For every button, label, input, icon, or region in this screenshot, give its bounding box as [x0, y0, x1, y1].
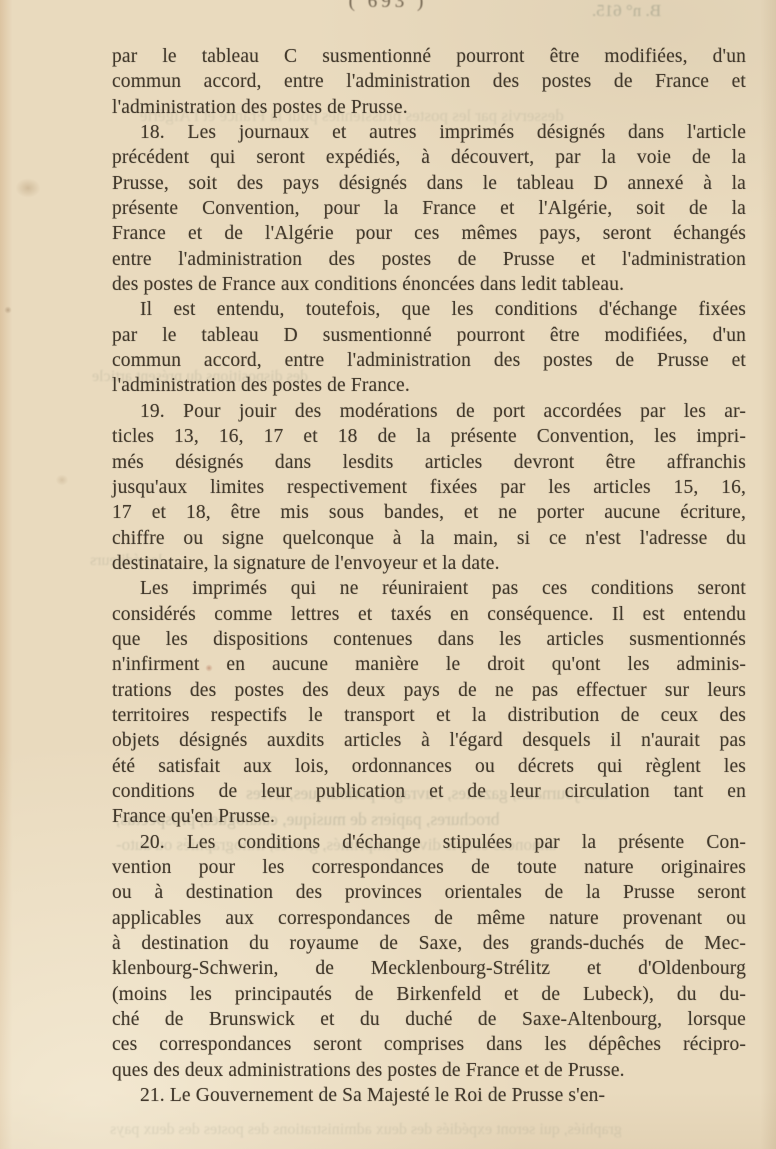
text-line: objets désignés auxdits articles à l'éga…: [112, 728, 746, 753]
text-line: destinataire, la signature de l'envoyeur…: [112, 551, 746, 576]
text-line: més désignés dans lesdits articles devro…: [112, 450, 746, 475]
text-line: été satisfait aux lois, ordonnances ou d…: [112, 754, 746, 779]
text-line: jusqu'aux limites respectivement fixées …: [112, 475, 746, 500]
text-line: commun accord, entre l'administration de…: [112, 348, 746, 373]
text-line: précédent qui seront expédiés, à découve…: [112, 145, 746, 170]
bleedthrough-fragment: graphiés, qui seront expédiés des deux a…: [110, 1121, 622, 1139]
text-line: 17 et 18, être mis sous bandes, et ne po…: [112, 500, 746, 525]
text-line: (moins les principautés de Birkenfeld et…: [112, 982, 746, 1007]
page-text: par le tableau C susmentionné pourront ê…: [112, 44, 746, 1108]
text-line: 18. Les journaux et autres imprimés dési…: [112, 120, 746, 145]
text-line: 21. Le Gouvernement de Sa Majesté le Roi…: [112, 1083, 746, 1108]
text-line: France qu'en Prusse.: [112, 804, 746, 829]
text-line: conditions de leur publication et de leu…: [112, 779, 746, 804]
text-line: par le tableau C susmentionné pourront ê…: [112, 44, 746, 69]
text-line: klenbourg-Schwerin, de Mecklenbourg-Stré…: [112, 956, 746, 981]
text-line: entre l'administration des postes de Pru…: [112, 247, 746, 272]
text-line: l'administration des postes de Prusse.: [112, 95, 746, 120]
text-line: considérés comme lettres et taxés en con…: [112, 602, 746, 627]
text-line: ces correspondances seront comprises dan…: [112, 1032, 746, 1057]
page-number: ( 693 ): [349, 0, 428, 13]
text-line: trations des postes des deux pays de ne …: [112, 678, 746, 703]
text-line: ché de Brunswick et du duché de Saxe-Alt…: [112, 1007, 746, 1032]
text-line: Il est entendu, toutefois, que les condi…: [112, 297, 746, 322]
text-line: chiffre ou signe quelconque à la main, s…: [112, 526, 746, 551]
text-line: n'infirment en aucune manière le droit q…: [112, 652, 746, 677]
text-line: présente Convention, pour la France et l…: [112, 196, 746, 221]
text-line: ques des deux administrations des postes…: [112, 1058, 746, 1083]
text-line: territoires respectifs le transport et l…: [112, 703, 746, 728]
text-line: l'administration des postes de France.: [112, 373, 746, 398]
text-line: Prusse, soit des pays désignés dans le t…: [112, 171, 746, 196]
text-line: à destination du royaume de Saxe, des gr…: [112, 931, 746, 956]
text-line: 19. Pour jouir des modérations de port a…: [112, 399, 746, 424]
text-line: Les imprimés qui ne réuniraient pas ces …: [112, 576, 746, 601]
text-line: commun accord, entre l'administration de…: [112, 69, 746, 94]
text-line: 20. Les conditions d'échange stipulées p…: [112, 830, 746, 855]
text-line: ticles 13, 16, 17 et 18 de la présente C…: [112, 424, 746, 449]
text-line: que les dispositions contenues dans les …: [112, 627, 746, 652]
page-header: ( 693 ): [0, 0, 776, 15]
text-line: ou à destination des provinces orientale…: [112, 880, 746, 905]
text-line: applicables aux correspondances de même …: [112, 906, 746, 931]
text-line: vention pour les correspondances de tout…: [112, 855, 746, 880]
text-line: des postes de France aux conditions énon…: [112, 272, 746, 297]
text-line: par le tableau D susmentionné pourront ê…: [112, 323, 746, 348]
scanned-document-page: B. n° 615.desservis par les postes pruss…: [0, 0, 776, 1149]
text-line: France et de l'Algérie pour ces mêmes pa…: [112, 221, 746, 246]
